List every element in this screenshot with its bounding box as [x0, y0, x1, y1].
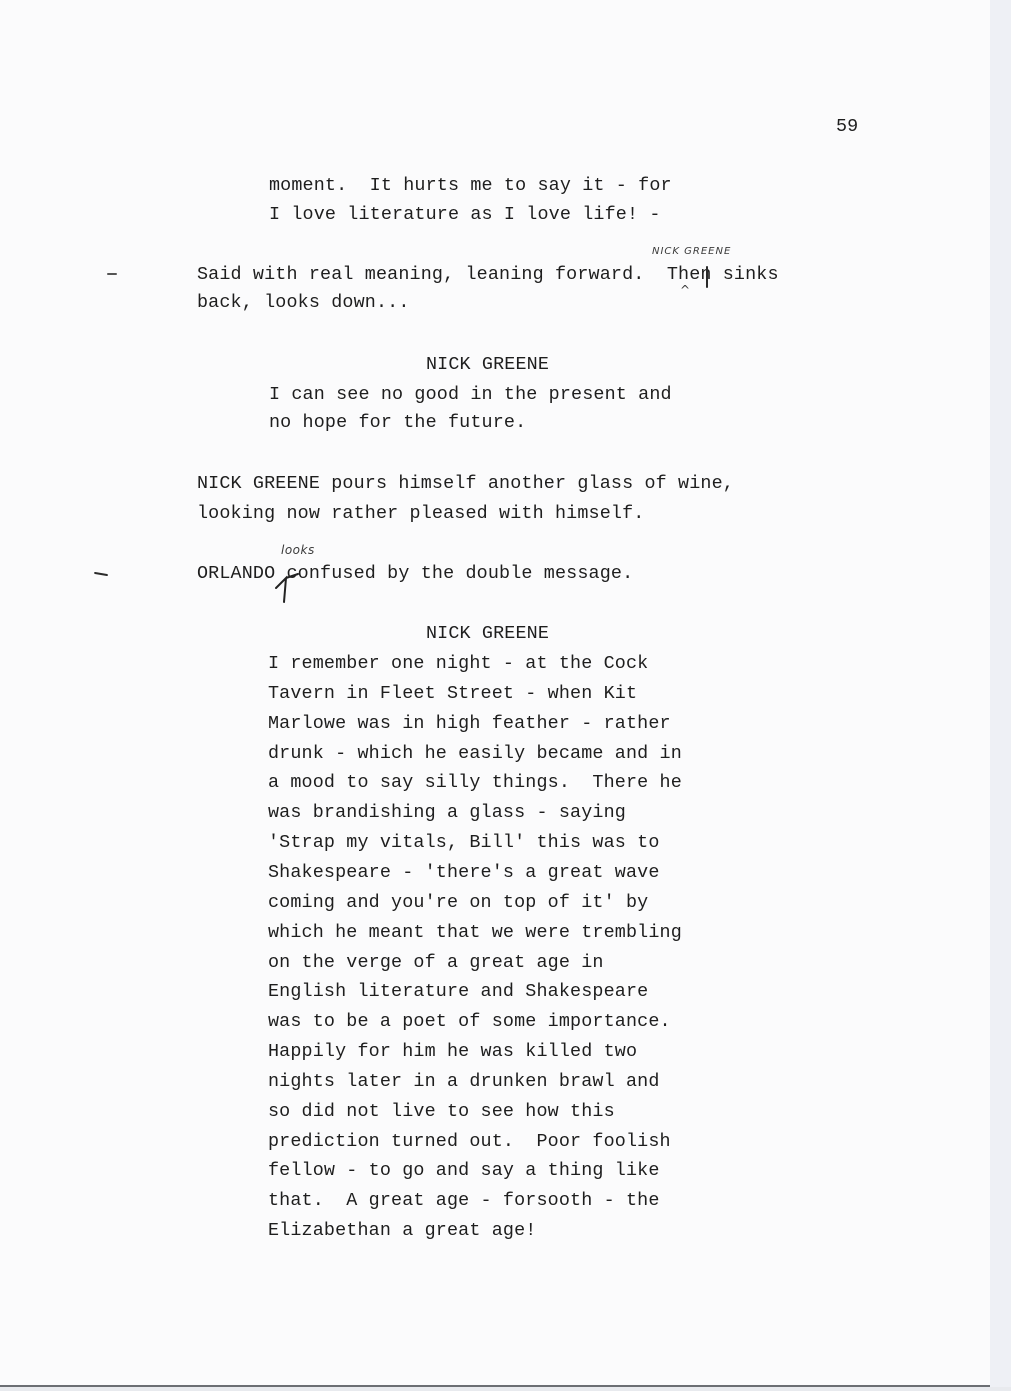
dialogue-line: I remember one night - at the Cock — [268, 653, 648, 674]
dialogue-line: nights later in a drunken brawl and — [268, 1071, 660, 1092]
action-line: looking now rather pleased with himself. — [197, 503, 644, 524]
action-line: back, looks down... — [197, 292, 410, 313]
dialogue-line: so did not live to see how this — [268, 1101, 615, 1122]
dialogue-line: which he meant that we were trembling — [268, 922, 682, 943]
character-name: NICK GREENE — [426, 354, 549, 375]
dialogue-line: I can see no good in the present and — [269, 384, 672, 405]
dialogue-line: fellow - to go and say a thing like — [268, 1160, 660, 1181]
dialogue-line: on the verge of a great age in — [268, 952, 604, 973]
dialogue-line: was to be a poet of some importance. — [268, 1011, 671, 1032]
dialogue-line: Tavern in Fleet Street - when Kit — [268, 683, 637, 704]
dialogue-line: coming and you're on top of it' by — [268, 892, 648, 913]
scan-edge-bottom — [0, 1387, 1011, 1391]
insertion-caret-icon — [272, 572, 302, 606]
dialogue-line: no hope for the future. — [269, 412, 526, 433]
dialogue-line: a mood to say silly things. There he — [268, 772, 682, 793]
caret-mark: ^ — [680, 283, 690, 297]
scan-edge-right — [990, 0, 1011, 1391]
dialogue-line: was brandishing a glass - saying — [268, 802, 626, 823]
dialogue-line: I love literature as I love life! - — [269, 204, 661, 225]
character-name: NICK GREENE — [426, 623, 549, 644]
dialogue-line: drunk - which he easily became and in — [268, 743, 682, 764]
margin-change-mark — [107, 273, 117, 275]
dialogue-line: English literature and Shakespeare — [268, 981, 648, 1002]
dialogue-line: Marlowe was in high feather - rather — [268, 713, 671, 734]
dialogue-line: 'Strap my vitals, Bill' this was to — [268, 832, 660, 853]
action-line: Said with real meaning, leaning forward.… — [197, 264, 779, 285]
dialogue-line: moment. It hurts me to say it - for — [269, 175, 672, 196]
dialogue-line: Elizabethan a great age! — [268, 1220, 536, 1241]
handwritten-insert-nick-greene: NICK GREENE — [652, 246, 731, 257]
strike-mark — [706, 266, 708, 288]
handwritten-insert-looks: looks — [281, 543, 315, 557]
page-number: 59 — [836, 116, 858, 137]
action-line: ORLANDO confused by the double message. — [197, 563, 633, 584]
dialogue-line: Happily for him he was killed two — [268, 1041, 637, 1062]
dialogue-line: that. A great age - forsooth - the — [268, 1190, 660, 1211]
action-line: NICK GREENE pours himself another glass … — [197, 473, 734, 494]
dialogue-line: Shakespeare - 'there's a great wave — [268, 862, 660, 883]
dialogue-line: prediction turned out. Poor foolish — [268, 1131, 671, 1152]
